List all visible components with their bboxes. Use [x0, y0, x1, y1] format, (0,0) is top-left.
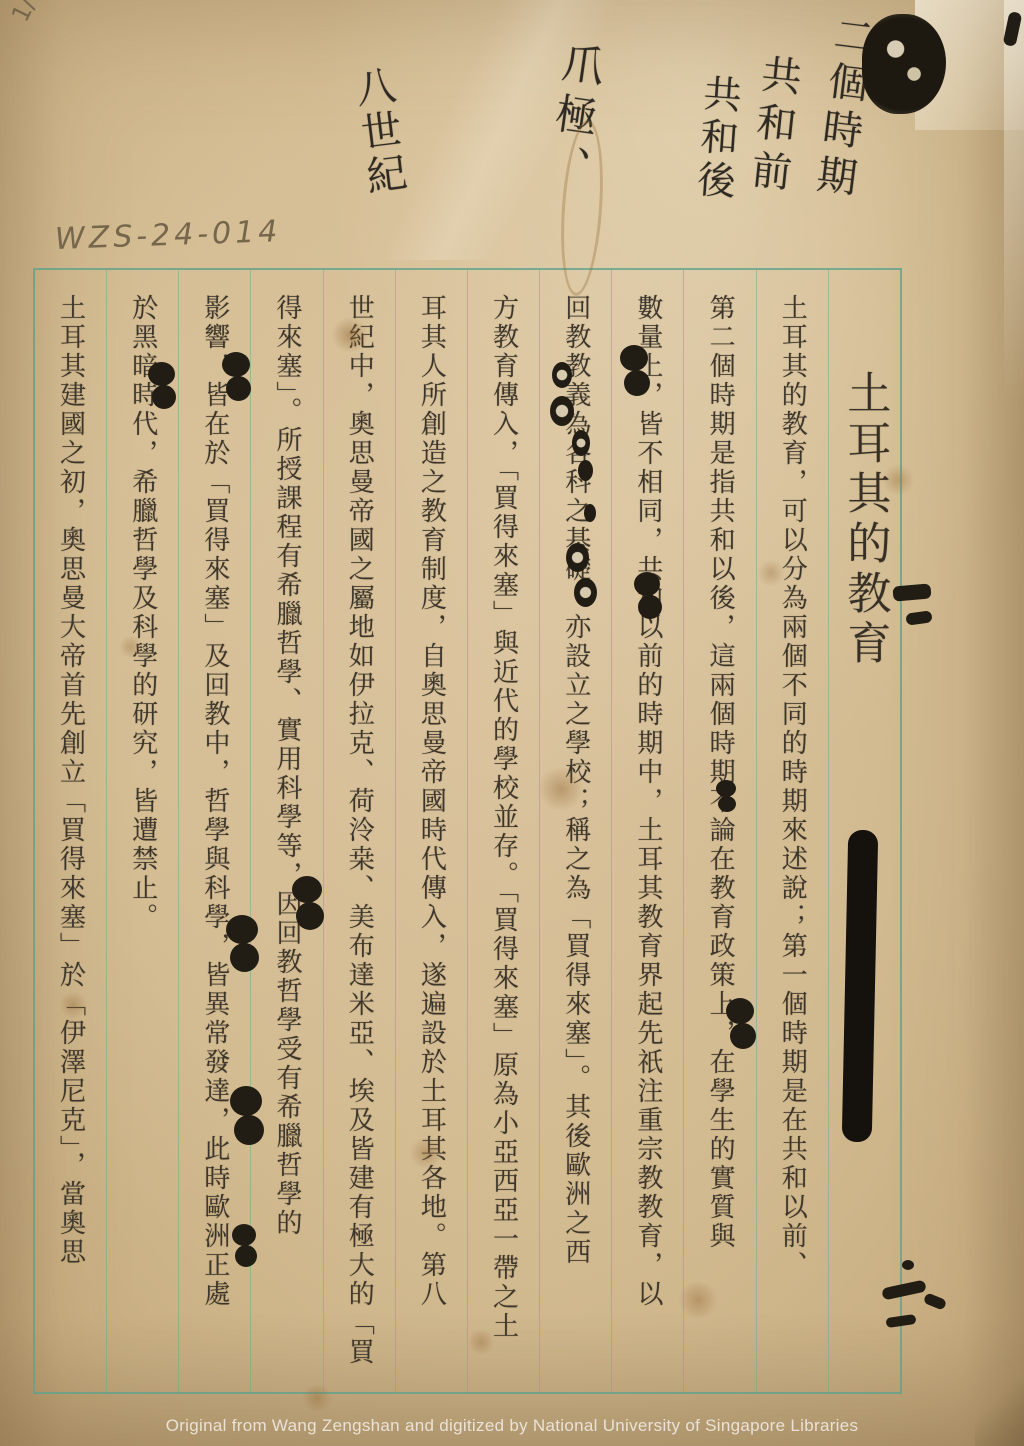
manuscript-column: 世紀中，奧思曼帝國之屬地如伊拉克、荷泠桒、美布達米亞、埃及皆建有極大的「買: [323, 270, 395, 1392]
annotation-two-periods: 二個時期: [811, 12, 874, 203]
ink-dash: [905, 610, 932, 626]
crease-highlight: [260, 0, 740, 260]
manuscript-column: 回教教義為各科之基礎，亦設立之學校；稱之為「買得來塞」。其後歐洲之西: [539, 270, 611, 1392]
manuscript-title: 土耳其的教育: [842, 270, 886, 670]
manuscript-column: 土耳其建國之初，奧思曼大帝首先創立「買得來塞」於「伊澤尼克」，當奧思: [35, 270, 106, 1392]
manuscript-column: 耳其人所創造之教育制度，自奧思曼帝國時代傳入，遂遍設於土耳其各地。第八: [395, 270, 467, 1392]
manuscript-title-column: 土耳其的教育: [828, 270, 900, 1392]
manuscript-column: 數量上，皆不相同，共和以前的時期中，土耳其教育界起先祇注重宗教教育，以: [611, 270, 683, 1392]
paper-light-patch: [915, 0, 1024, 130]
manuscript-column: 土耳其的教育，可以分為兩個不同的時期來述說；第一個時期是在共和以前、: [756, 270, 828, 1392]
manuscript-column: 第二個時期是指共和以後，這兩個時期不論在教育政策上，在學生的實質與: [683, 270, 755, 1392]
manuscript-column: 方教育傳入，「買得來塞」與近代的學校並存。「買得來塞」原為小亞西亞一帶之土: [467, 270, 539, 1392]
manuscript-page-scan: 1/11 WZS-24-014 二個時期 共和前 共和後 爪極、 八世紀 土耳其…: [0, 0, 1024, 1446]
corner-fold-shadow: [975, 1380, 1024, 1446]
annotation-center-note: 爪極、: [542, 40, 605, 197]
annotation-pre-republic: 共和前: [746, 52, 801, 199]
reference-code: WZS-24-014: [54, 214, 281, 257]
annotation-post-republic: 共和後: [693, 73, 740, 204]
ink-streak: [1003, 11, 1023, 47]
digitization-caption: Original from Wang Zengshan and digitize…: [0, 1416, 1024, 1436]
ink-dot: [902, 1260, 914, 1270]
manuscript-column: 於黑暗時代，希臘哲學及科學的研究，皆遭禁止。: [106, 270, 178, 1392]
sheet-number: 1/11: [6, 0, 55, 26]
manuscript-column: 影響，皆在於「買得來塞」及回教中，哲學與科學，皆異常發達，此時歐洲正處: [178, 270, 250, 1392]
annotation-eighth-century: 八世紀: [350, 64, 406, 200]
ruled-manuscript-area: 土耳其的教育 土耳其的教育，可以分為兩個不同的時期來述說；第一個時期是在共和以前…: [33, 268, 902, 1394]
ink-dash: [923, 1292, 948, 1310]
paper-edge-strip: [1004, 0, 1024, 400]
manuscript-column: 得來塞」。所授課程有希臘哲學、實用科學等，因回教哲學受有希臘哲學的: [250, 270, 322, 1392]
